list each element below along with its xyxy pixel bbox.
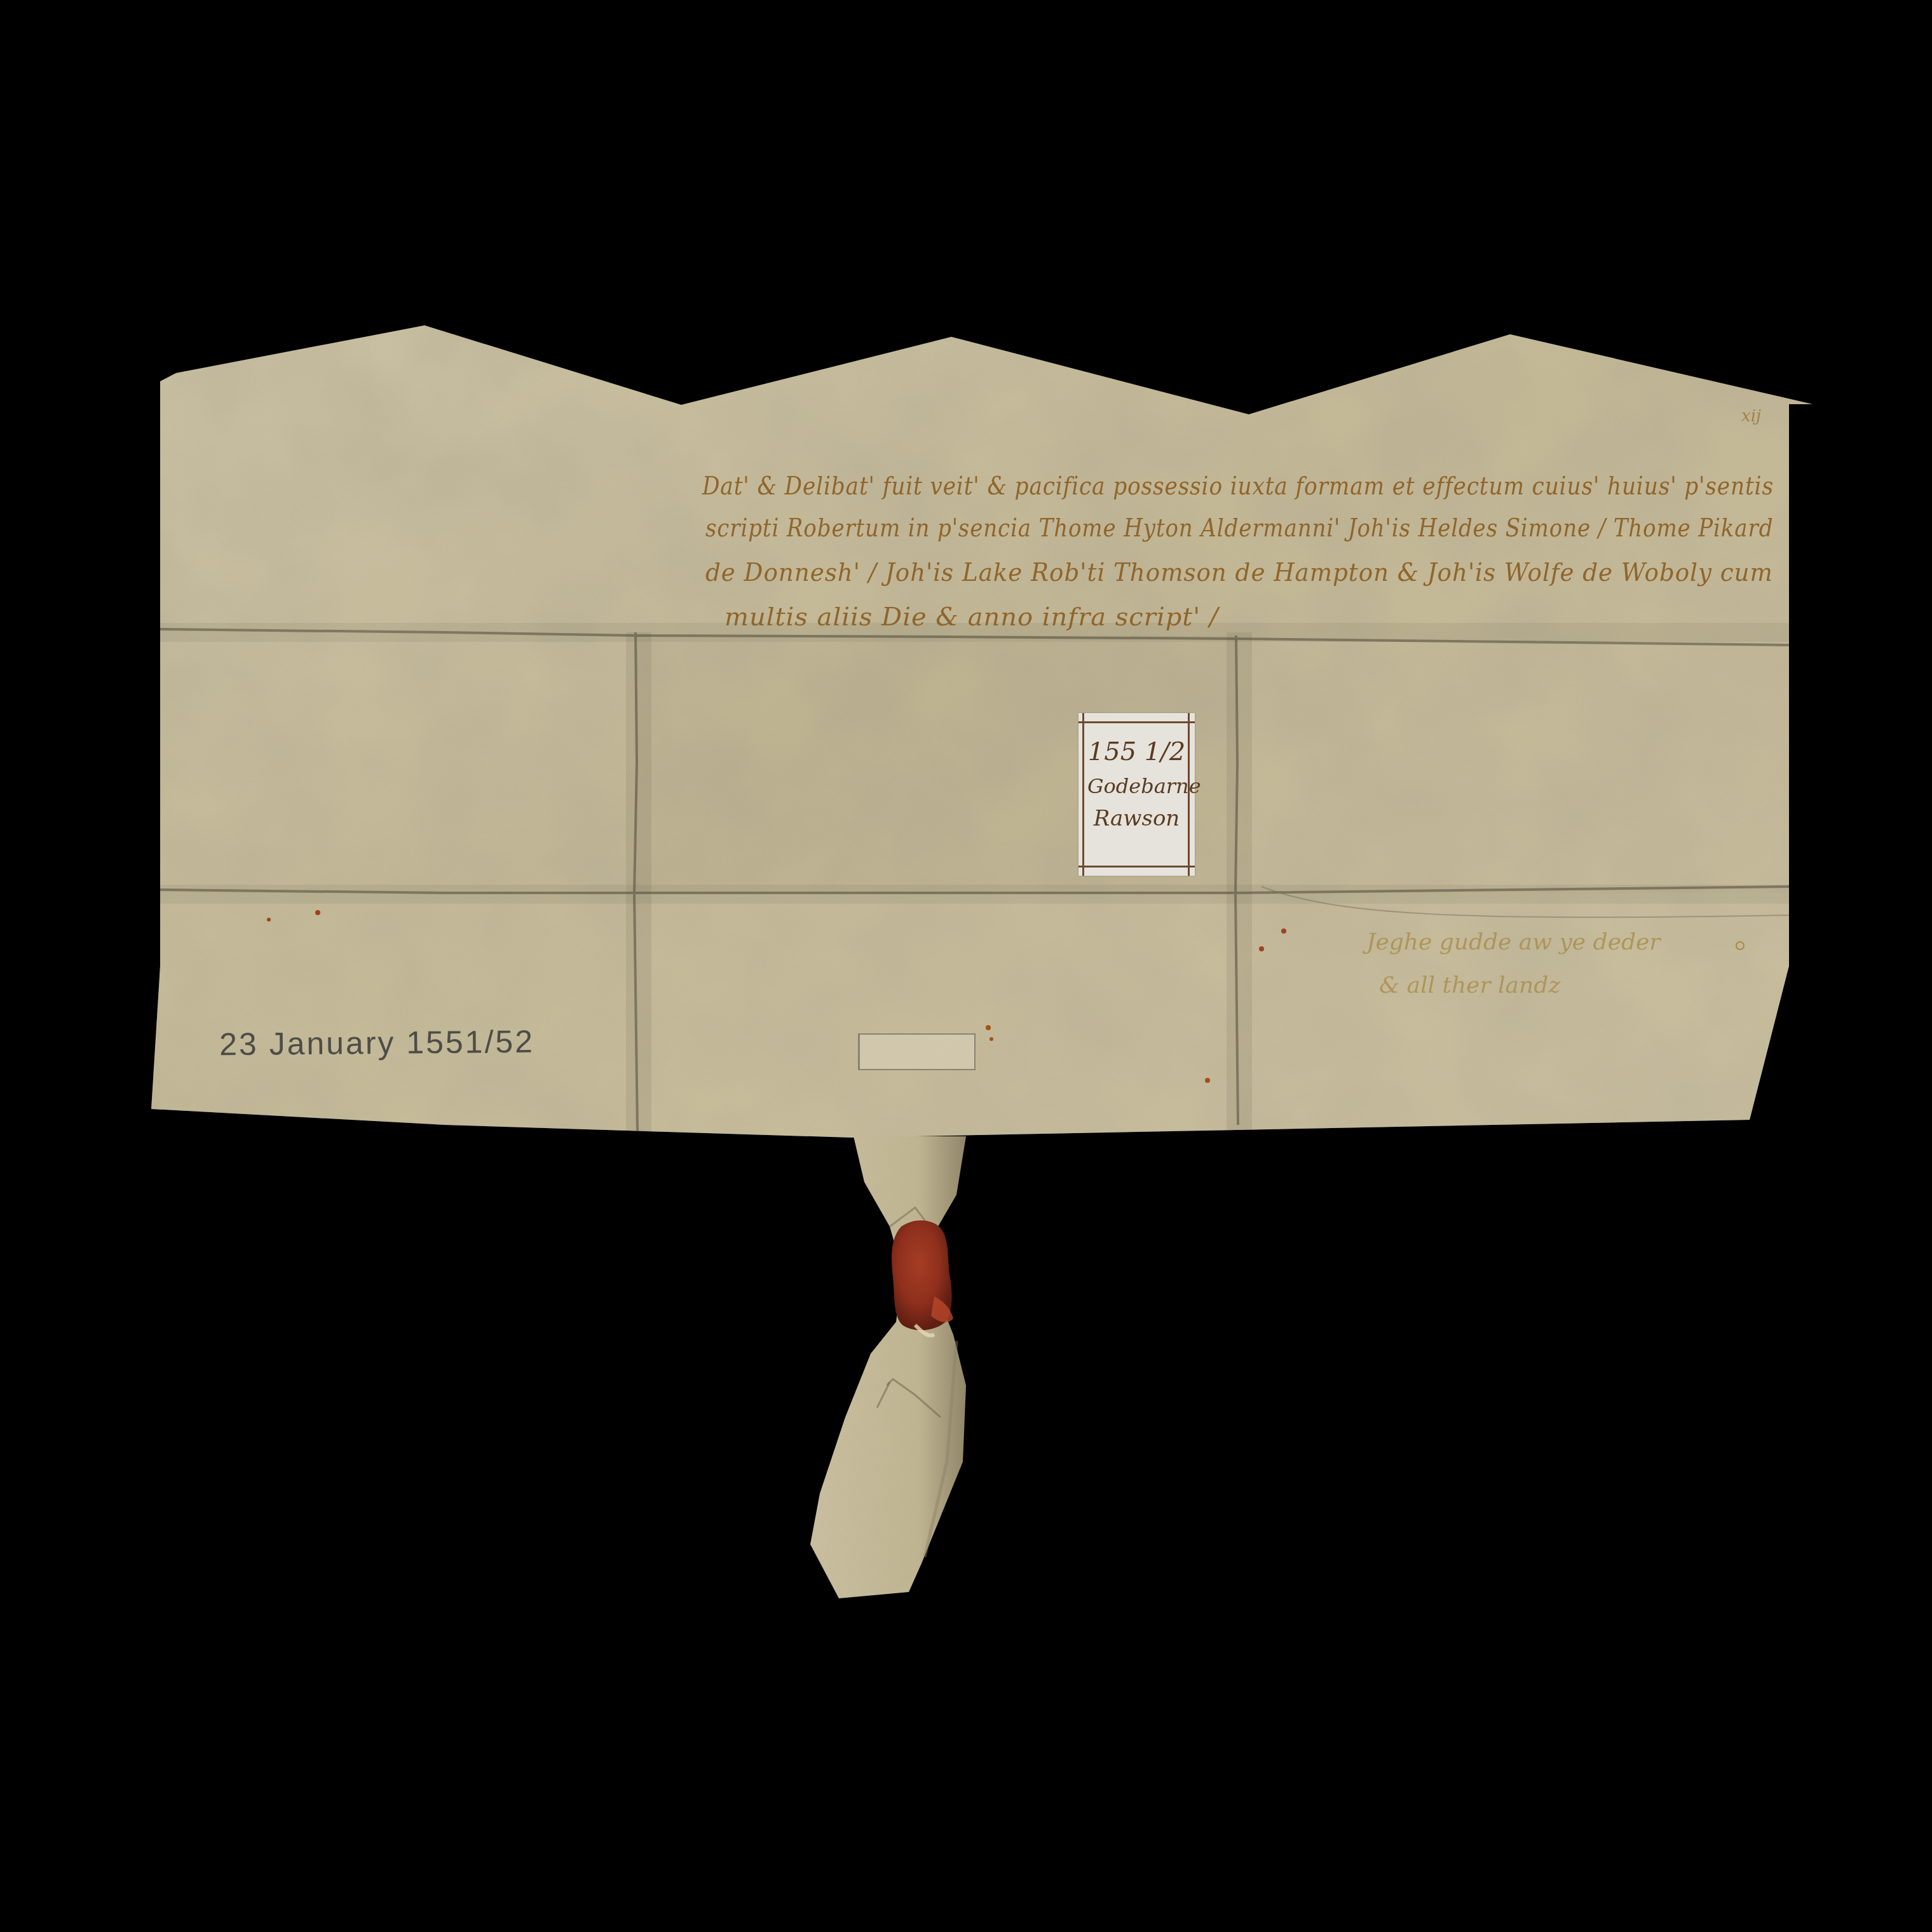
corner-note: xij bbox=[1741, 407, 1761, 426]
pencil-date: 23 January 1551/52 bbox=[219, 1023, 535, 1063]
label-number: 155 1/2 bbox=[1087, 737, 1186, 766]
seal-tag bbox=[810, 1136, 966, 1598]
label-rule-bottom bbox=[1078, 866, 1195, 867]
endorsement-line-2: scripti Robertum in p'sencia Thome Hyton… bbox=[705, 514, 1773, 543]
secondary-inscription-line-1: Jeghe gudde aw ye deder bbox=[1366, 929, 1661, 955]
endorsement-line-1: Dat' & Delibat' fuit veit' & pacifica po… bbox=[702, 472, 1774, 501]
endorsement-line-4: multis aliis Die & anno infra script' / bbox=[724, 602, 1219, 632]
label-name-1: Godebarne bbox=[1087, 774, 1186, 798]
label-name-2: Rawson bbox=[1087, 806, 1186, 831]
archive-label: 155 1/2 Godebarne Rawson bbox=[1078, 713, 1195, 876]
label-rule-top bbox=[1078, 721, 1195, 723]
seal-tag-slit bbox=[858, 1033, 976, 1070]
endorsement-line-3: de Donnesh' / Joh'is Lake Rob'ti Thomson… bbox=[705, 558, 1773, 587]
secondary-inscription-line-2: & all ther landz bbox=[1379, 972, 1560, 998]
wax-seal bbox=[892, 1220, 953, 1335]
document-viewer: Dat' & Delibat' fuit veit' & pacifica po… bbox=[0, 0, 1932, 1932]
parchment-graphic bbox=[0, 0, 1932, 1932]
label-rule-left bbox=[1082, 713, 1084, 876]
